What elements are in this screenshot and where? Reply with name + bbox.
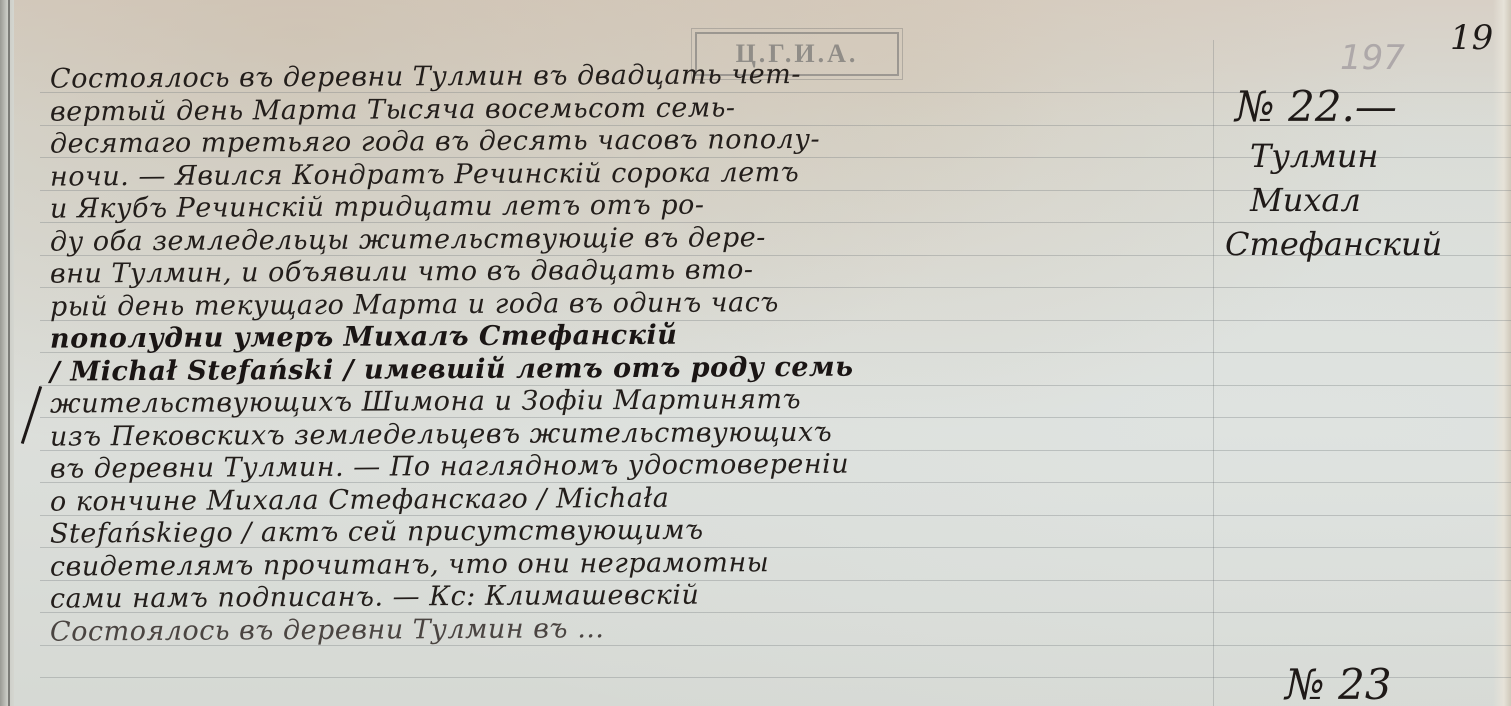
page-right-edge [1493,0,1511,706]
margin-village: Тулмин [1225,134,1495,178]
ink-folio-number: 19 [1450,18,1493,58]
text-line-next-entry: Состоялось въ деревни Тулмин въ … [50,609,1220,649]
margin-column: № 22.— Тулмин Михал Стефанский [1225,80,1495,266]
next-entry-number: № 23 [1285,660,1392,706]
entry-number: № 22.— [1225,80,1495,134]
margin-given-name: Михал [1225,178,1495,222]
ink-slash-mark [21,386,42,444]
entry-body-text: Состоялось въ деревни Тулмин въ двадцать… [50,60,1220,645]
scanned-register-page: Ц.Г.И.А. 197 19 Состоялось въ деревни Ту… [0,0,1511,706]
book-binding-edge [0,0,14,706]
margin-surname: Стефанский [1225,222,1495,266]
pencil-folio-number: 197 [1340,38,1405,78]
